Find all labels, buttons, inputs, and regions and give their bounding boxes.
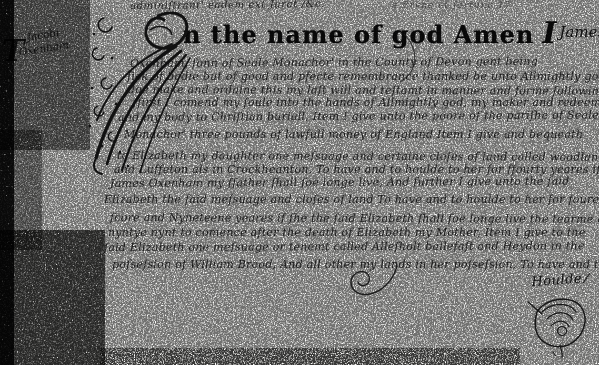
- manuscript-line: Oxenham, ſonn of Seale Monachor' in the …: [130, 55, 538, 70]
- heading-text: n the name of god Amen: [183, 20, 534, 49]
- manuscript-line: ſcore and Nyneteene yeares if ſhe the ſa…: [110, 211, 599, 226]
- heading-pronoun: I: [542, 16, 556, 51]
- probate-inscription: adminiſtrant' eadem ext Jurat /&c.: [130, 0, 325, 12]
- margin-note-line2: Oxenham: [18, 39, 70, 59]
- catchword-text: Houlde: [531, 271, 583, 290]
- testator-name: James: [559, 23, 599, 41]
- manuscript-page: adminiſtrant' eadem ext Jurat /&c. e Prv…: [0, 0, 599, 365]
- manuscript-line: ſick of bodie but of good and pfecte rem…: [127, 70, 599, 83]
- manuscript-line: to Elizabeth my daughter one meſsuage an…: [117, 149, 599, 164]
- manuscript-line: poſseſsion of William Brood, And all oth…: [112, 258, 599, 271]
- catchword: Houlde/: [531, 271, 590, 290]
- manuscript-line: Elizabeth the ſaid meſsuage and cloſes o…: [104, 193, 599, 206]
- catchword-flourish: /: [583, 271, 590, 287]
- manuscript-line: James Oxenham my ffather ſhall ſoe longe…: [110, 175, 570, 190]
- cropped-header-fragment: e Prvne et ſortune 17: [392, 0, 512, 11]
- manuscript-line: and my body to Chriſtian buriall, Item I…: [118, 108, 599, 124]
- shell-doodle-flourish: [528, 299, 585, 357]
- manuscript-line: Monachor' three pounds of lawfull money …: [124, 128, 583, 141]
- manuscript-line: ffirst I comend my ſoule into the hands …: [133, 96, 599, 109]
- manuscript-line: nyntye nynt to comence after the death o…: [108, 226, 586, 239]
- document-heading: n the name of god AmenIJames: [183, 16, 599, 51]
- manuscript-line: ſaid Elizabeth one meſsuage or tenemt ca…: [104, 239, 585, 254]
